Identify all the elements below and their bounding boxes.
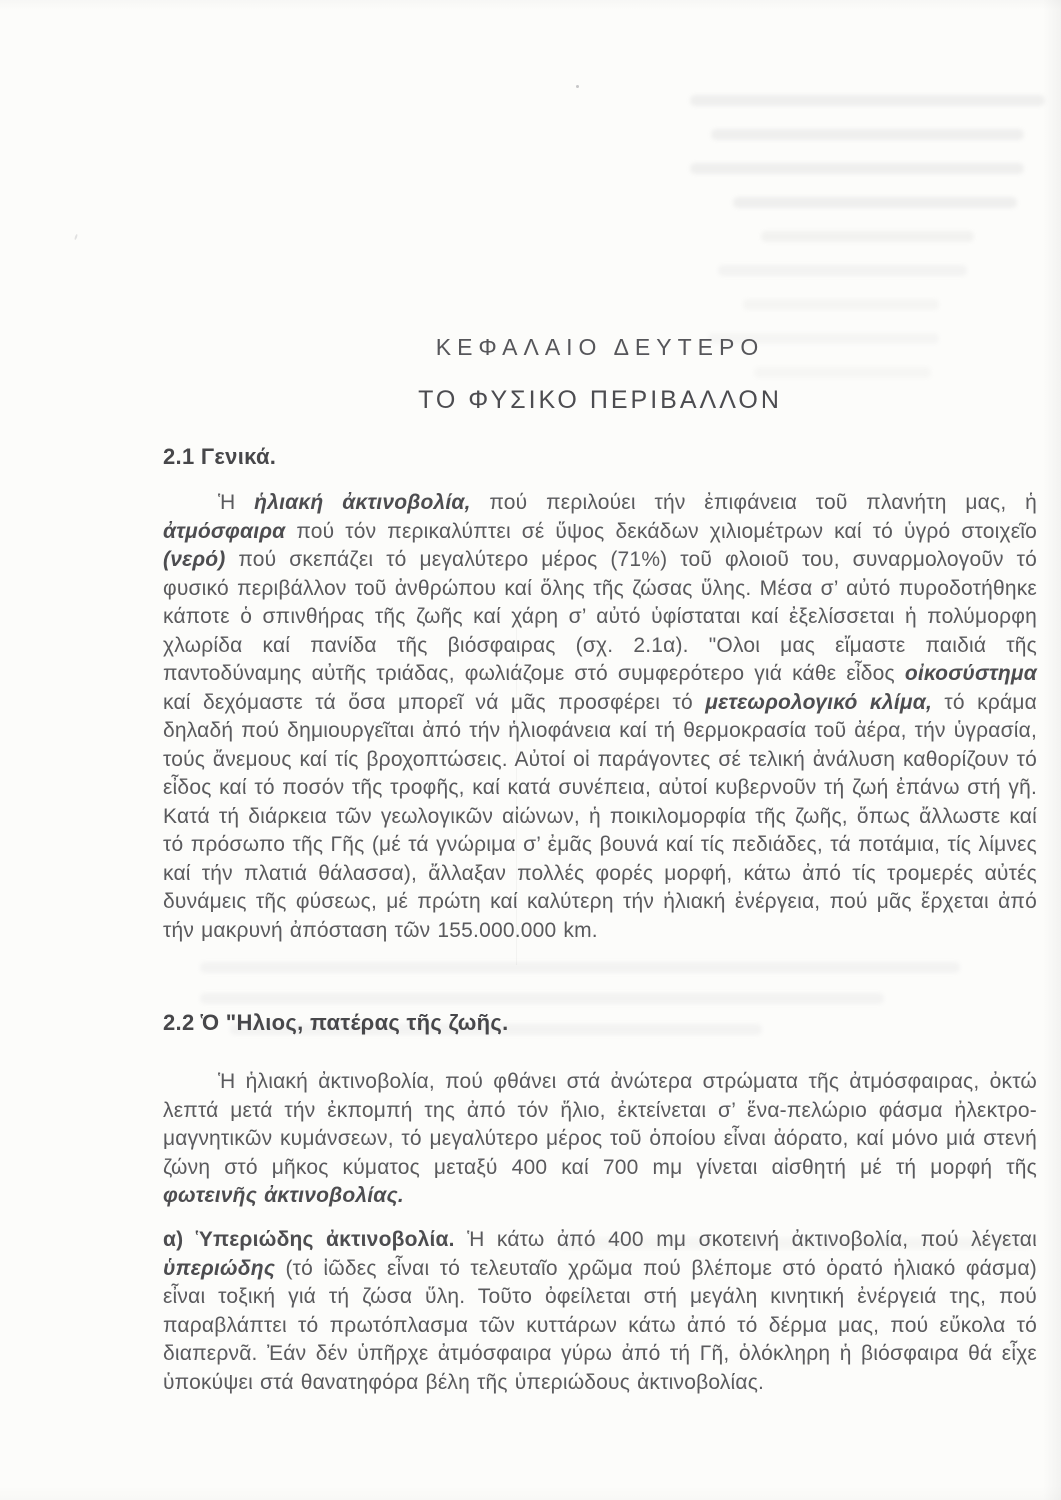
emphasized-term: ὑπεριώδης [163,1257,275,1280]
text-run: Ἡ [218,491,254,514]
paragraph: α) Ὑπεριώδης ἀκτινοβολία. Ἡ κάτω ἀπό 400… [163,1226,1037,1397]
bold-lead-in: α) Ὑπεριώδης ἀκτινοβολία. [163,1228,455,1251]
section-2-2-body: Ἡ ἡλιακή ἀκτινοβολία, πού φθάνει στά ἀνώ… [163,1068,1037,1211]
emphasized-term: ἡλιακή ἀκτινοβολία, [254,491,470,514]
text-run: Ἡ ἡλιακή ἀκτινοβολία, πού φθάνει στά ἀνώ… [163,1070,1037,1179]
text-run: τό κράμα δηλαδή πού δημιουργεῖται ἀπό τή… [163,691,1037,942]
text-run: Ἡ κάτω ἀπό 400 mμ σκοτεινή ἀκτινοβολία, … [455,1228,1037,1251]
scanned-book-page: ΚΕΦΑΛΑΙΟ ΔΕΥΤΕΡΟ ΤΟ ΦΥΣΙΚΟ ΠΕΡΙΒΑΛΛΟΝ 2.… [0,0,1061,1500]
scan-speck [74,234,78,240]
paragraph: Ἡ ἡλιακή ἀκτινοβολία, πού περιλούει τήν … [163,489,1037,945]
text-run: πού τόν περικαλύπτει σέ ὕψος δεκάδων χιλ… [285,520,1037,543]
chapter-heading: ΚΕΦΑΛΑΙΟ ΔΕΥΤΕΡΟ [163,334,1037,361]
scan-speck [576,85,579,88]
section-2-1-body: Ἡ ἡλιακή ἀκτινοβολία, πού περιλούει τήν … [163,489,1037,945]
text-run: πού περιλούει τήν ἐπιφάνεια τοῦ πλανήτη … [471,491,1037,514]
page-title: ΤΟ ΦΥΣΙΚΟ ΠΕΡΙΒΑΛΛΟΝ [163,386,1037,415]
section-heading-2-1: 2.1 Γενικά. [163,444,1037,470]
emphasized-term: (νερό) [163,548,225,571]
section-2-2-ultraviolet-paragraph: α) Ὑπεριώδης ἀκτινοβολία. Ἡ κάτω ἀπό 400… [163,1226,1037,1397]
paragraph: Ἡ ἡλιακή ἀκτινοβολία, πού φθάνει στά ἀνώ… [163,1068,1037,1211]
emphasized-term: μετεωρολογικό κλίμα, [705,691,932,714]
ink-showthrough-artifact [200,962,960,1055]
section-heading-2-2: 2.2 Ὁ "Ηλιος, πατέρας τῆς ζωῆς. [163,1010,1037,1036]
text-run: (τό ἰῶδες εἶναι τό τελευταῖο χρῶμα πού β… [163,1257,1037,1394]
emphasized-term: οἰκοσύστημα [905,662,1037,685]
emphasized-term: ἀτμόσφαιρα [163,520,285,543]
emphasized-term: φωτεινῆς ἀκτινοβολίας. [163,1184,404,1207]
text-run: καί δεχόμαστε τά ὅσα μπορεῖ νά μᾶς προσφ… [163,691,705,714]
